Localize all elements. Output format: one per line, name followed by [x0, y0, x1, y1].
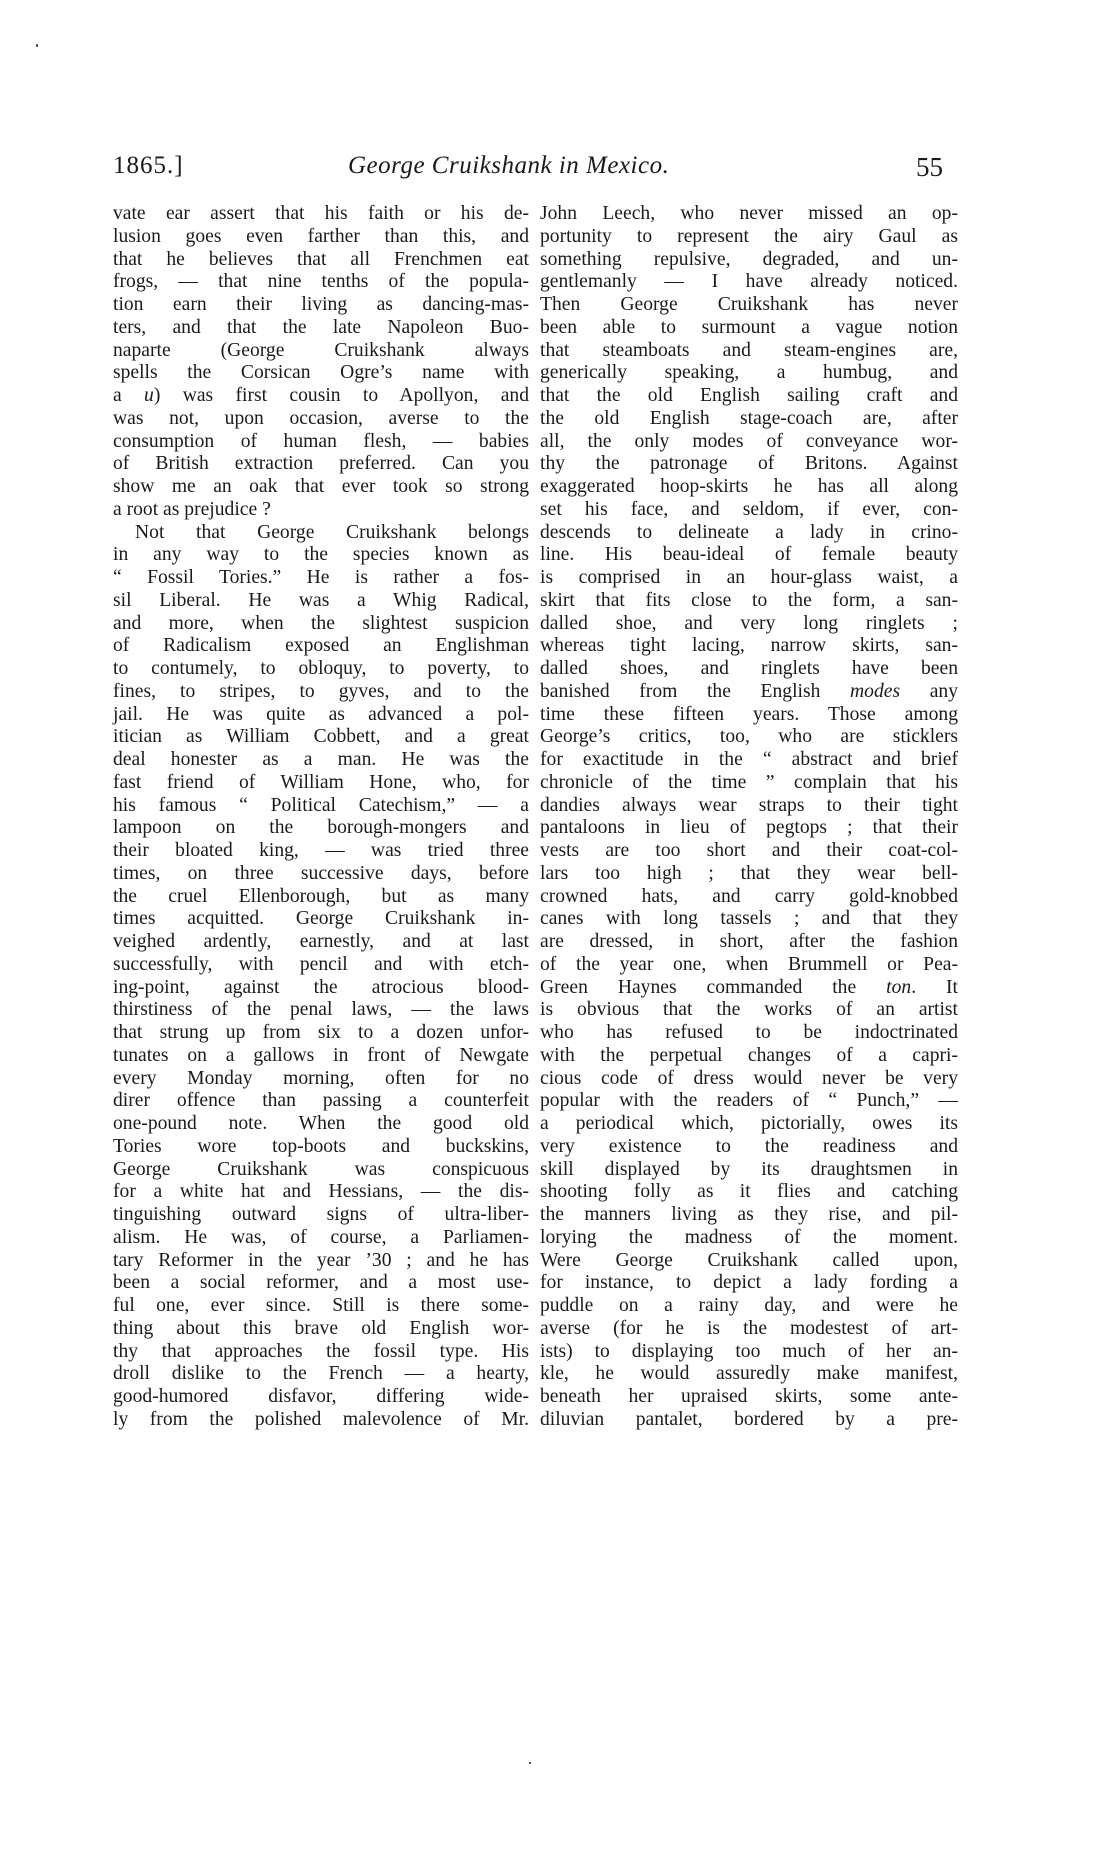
text-line: vate ear assert that his faith or his de…: [113, 203, 529, 226]
text-line: of the year one, when Brummell or Pea-: [540, 954, 958, 977]
text-line: cious code of dress would never be very: [540, 1068, 958, 1091]
text-line: very existence to the readiness and: [540, 1136, 958, 1159]
text-line: in any way to the species known as: [113, 544, 529, 567]
text-line: set his face, and seldom, if ever, con-: [540, 499, 958, 522]
text-line: direr offence than passing a counterfeit: [113, 1090, 529, 1113]
text-line: whereas tight lacing, narrow skirts, san…: [540, 635, 958, 658]
italic-word: modes: [850, 681, 900, 702]
text-line: generically speaking, a humbug, and: [540, 362, 958, 385]
text-line: tunates on a gallows in front of Newgate: [113, 1045, 529, 1068]
text-line: something repulsive, degraded, and un-: [540, 249, 958, 272]
text-line: canes with long tassels ; and that they: [540, 908, 958, 931]
text-line: Tories wore top-boots and buckskins,: [113, 1136, 529, 1159]
text-line: gentlemanly — I have already noticed.: [540, 271, 958, 294]
text-line: ists) to displaying too much of her an-: [540, 1341, 958, 1364]
text-line: the manners living as they rise, and pil…: [540, 1204, 958, 1227]
text-line: for a white hat and Hessians, — the dis-: [113, 1181, 529, 1204]
text-line: descends to delineate a lady in crino-: [540, 522, 958, 545]
text-line: that steamboats and steam-engines are,: [540, 340, 958, 363]
text-line: good-humored disfavor, differing wide-: [113, 1386, 529, 1409]
text-line: are dressed, in short, after the fashion: [540, 931, 958, 954]
text-line: tion earn their living as dancing-mas-: [113, 294, 529, 317]
italic-word: ton: [886, 977, 911, 998]
header-year: 1865.]: [113, 152, 184, 180]
text-line: who has refused to be indoctrinated: [540, 1022, 958, 1045]
text-line: beneath her upraised skirts, some ante-: [540, 1386, 958, 1409]
text-line: lusion goes even farther than this, and: [113, 226, 529, 249]
text-line: tinguishing outward signs of ultra-liber…: [113, 1204, 529, 1227]
text-line: one-pound note. When the good old: [113, 1113, 529, 1136]
book-page: 1865.] George Cruikshank in Mexico. 55 v…: [0, 0, 1096, 1850]
text-line: thirstiness of the penal laws, — the law…: [113, 999, 529, 1022]
text-line: the old English stage-coach are, after: [540, 408, 958, 431]
text-line: the cruel Ellenborough, but as many: [113, 886, 529, 909]
text-line: popular with the readers of “ Punch,” —: [540, 1090, 958, 1113]
text-line: show me an oak that ever took so strong: [113, 476, 529, 499]
text-line: Then George Cruikshank has never: [540, 294, 958, 317]
text-line: times, on three successive days, before: [113, 863, 529, 886]
text-line: George Cruikshank was conspicuous: [113, 1159, 529, 1182]
text-line: and more, when the slightest suspicion: [113, 613, 529, 636]
text-line: every Monday morning, often for no: [113, 1068, 529, 1091]
running-title: George Cruikshank in Mexico.: [348, 152, 669, 180]
text-line: chronicle of the time ” complain that hi…: [540, 772, 958, 795]
text-line: for exactitude in the “ abstract and bri…: [540, 749, 958, 772]
text-line: Green Haynes commanded the ton. It: [540, 977, 958, 1000]
text-line: ly from the polished malevolence of Mr.: [113, 1409, 529, 1432]
text-line: to contumely, to obloquy, to poverty, to: [113, 658, 529, 681]
text-line: ing-point, against the atrocious blood-: [113, 977, 529, 1000]
text-line: John Leech, who never missed an op-: [540, 203, 958, 226]
running-header: 1865.] George Cruikshank in Mexico. 55: [113, 152, 943, 188]
text-line: “ Fossil Tories.” He is rather a fos-: [113, 567, 529, 590]
left-column: vate ear assert that his faith or his de…: [113, 203, 529, 1432]
text-line: tary Reformer in the year ’30 ; and he h…: [113, 1250, 529, 1273]
text-line: successfully, with pencil and with etch-: [113, 954, 529, 977]
text-line: crowned hats, and carry gold-knobbed: [540, 886, 958, 909]
text-line: that the old English sailing craft and: [540, 385, 958, 408]
text-line: Were George Cruikshank called upon,: [540, 1250, 958, 1273]
scan-speck: [529, 1762, 531, 1764]
text-line: jail. He was quite as advanced a pol-: [113, 704, 529, 727]
text-line: vests are too short and their coat-col-: [540, 840, 958, 863]
text-line: thing about this brave old English wor-: [113, 1318, 529, 1341]
text-line: fast friend of William Hone, who, for: [113, 772, 529, 795]
text-line: George’s critics, too, who are sticklers: [540, 726, 958, 749]
text-line: a root as prejudice ?: [113, 499, 529, 522]
text-line: exaggerated hoop-skirts he has all along: [540, 476, 958, 499]
scan-speck: [36, 44, 38, 47]
text-line: a u) was first cousin to Apollyon, and: [113, 385, 529, 408]
text-line: frogs, — that nine tenths of the popula-: [113, 271, 529, 294]
text-line: lampoon on the borough-mongers and: [113, 817, 529, 840]
text-line: of British extraction preferred. Can you: [113, 453, 529, 476]
text-line: naparte (George Cruikshank always: [113, 340, 529, 363]
page-number: 55: [916, 152, 943, 183]
text-line: thy the patronage of Britons. Against: [540, 453, 958, 476]
text-line: spells the Corsican Ogre’s name with: [113, 362, 529, 385]
text-line: droll dislike to the French — a hearty,: [113, 1363, 529, 1386]
text-line: that strung up from six to a dozen unfor…: [113, 1022, 529, 1045]
text-line: shooting folly as it flies and catching: [540, 1181, 958, 1204]
text-line: pantaloons in lieu of pegtops ; that the…: [540, 817, 958, 840]
text-line: lorying the madness of the moment.: [540, 1227, 958, 1250]
text-line: consumption of human flesh, — babies: [113, 431, 529, 454]
text-line: that he believes that all Frenchmen eat: [113, 249, 529, 272]
text-line: time these fifteen years. Those among: [540, 704, 958, 727]
text-line: his famous “ Political Catechism,” — a: [113, 795, 529, 818]
text-line: dalled shoes, and ringlets have been: [540, 658, 958, 681]
text-line: fines, to stripes, to gyves, and to the: [113, 681, 529, 704]
text-line: ful one, ever since. Still is there some…: [113, 1295, 529, 1318]
text-line: is comprised in an hour-glass waist, a: [540, 567, 958, 590]
text-line: of Radicalism exposed an Englishman: [113, 635, 529, 658]
text-line: deal honester as a man. He was the: [113, 749, 529, 772]
text-line: veighed ardently, earnestly, and at last: [113, 931, 529, 954]
text-line: times acquitted. George Cruikshank in-: [113, 908, 529, 931]
text-line: for instance, to depict a lady fording a: [540, 1272, 958, 1295]
text-line: their bloated king, — was tried three: [113, 840, 529, 863]
text-line: banished from the English modes any: [540, 681, 958, 704]
right-column: John Leech, who never missed an op-portu…: [540, 203, 958, 1432]
text-line: skirt that fits close to the form, a san…: [540, 590, 958, 613]
text-line: been a social reformer, and a most use-: [113, 1272, 529, 1295]
text-line: kle, he would assuredly make manifest,: [540, 1363, 958, 1386]
text-line: with the perpetual changes of a capri-: [540, 1045, 958, 1068]
text-line: diluvian pantalet, bordered by a pre-: [540, 1409, 958, 1432]
text-line: line. His beau-ideal of female beauty: [540, 544, 958, 567]
text-line: dalled shoe, and very long ringlets ;: [540, 613, 958, 636]
text-line: sil Liberal. He was a Whig Radical,: [113, 590, 529, 613]
text-line: thy that approaches the fossil type. His: [113, 1341, 529, 1364]
text-line: itician as William Cobbett, and a great: [113, 726, 529, 749]
text-line: ters, and that the late Napoleon Buo-: [113, 317, 529, 340]
text-line: been able to surmount a vague notion: [540, 317, 958, 340]
text-line: averse (for he is the modestest of art-: [540, 1318, 958, 1341]
text-line: was not, upon occasion, averse to the: [113, 408, 529, 431]
text-line: is obvious that the works of an artist: [540, 999, 958, 1022]
text-line: puddle on a rainy day, and were he: [540, 1295, 958, 1318]
text-line: lars too high ; that they wear bell-: [540, 863, 958, 886]
text-line: Not that George Cruikshank belongs: [113, 522, 529, 545]
text-line: dandies always wear straps to their tigh…: [540, 795, 958, 818]
text-line: skill displayed by its draughtsmen in: [540, 1159, 958, 1182]
text-line: a periodical which, pictorially, owes it…: [540, 1113, 958, 1136]
text-line: alism. He was, of course, a Parliamen-: [113, 1227, 529, 1250]
text-line: portunity to represent the airy Gaul as: [540, 226, 958, 249]
italic-word: u: [144, 385, 154, 406]
text-line: all, the only modes of conveyance wor-: [540, 431, 958, 454]
